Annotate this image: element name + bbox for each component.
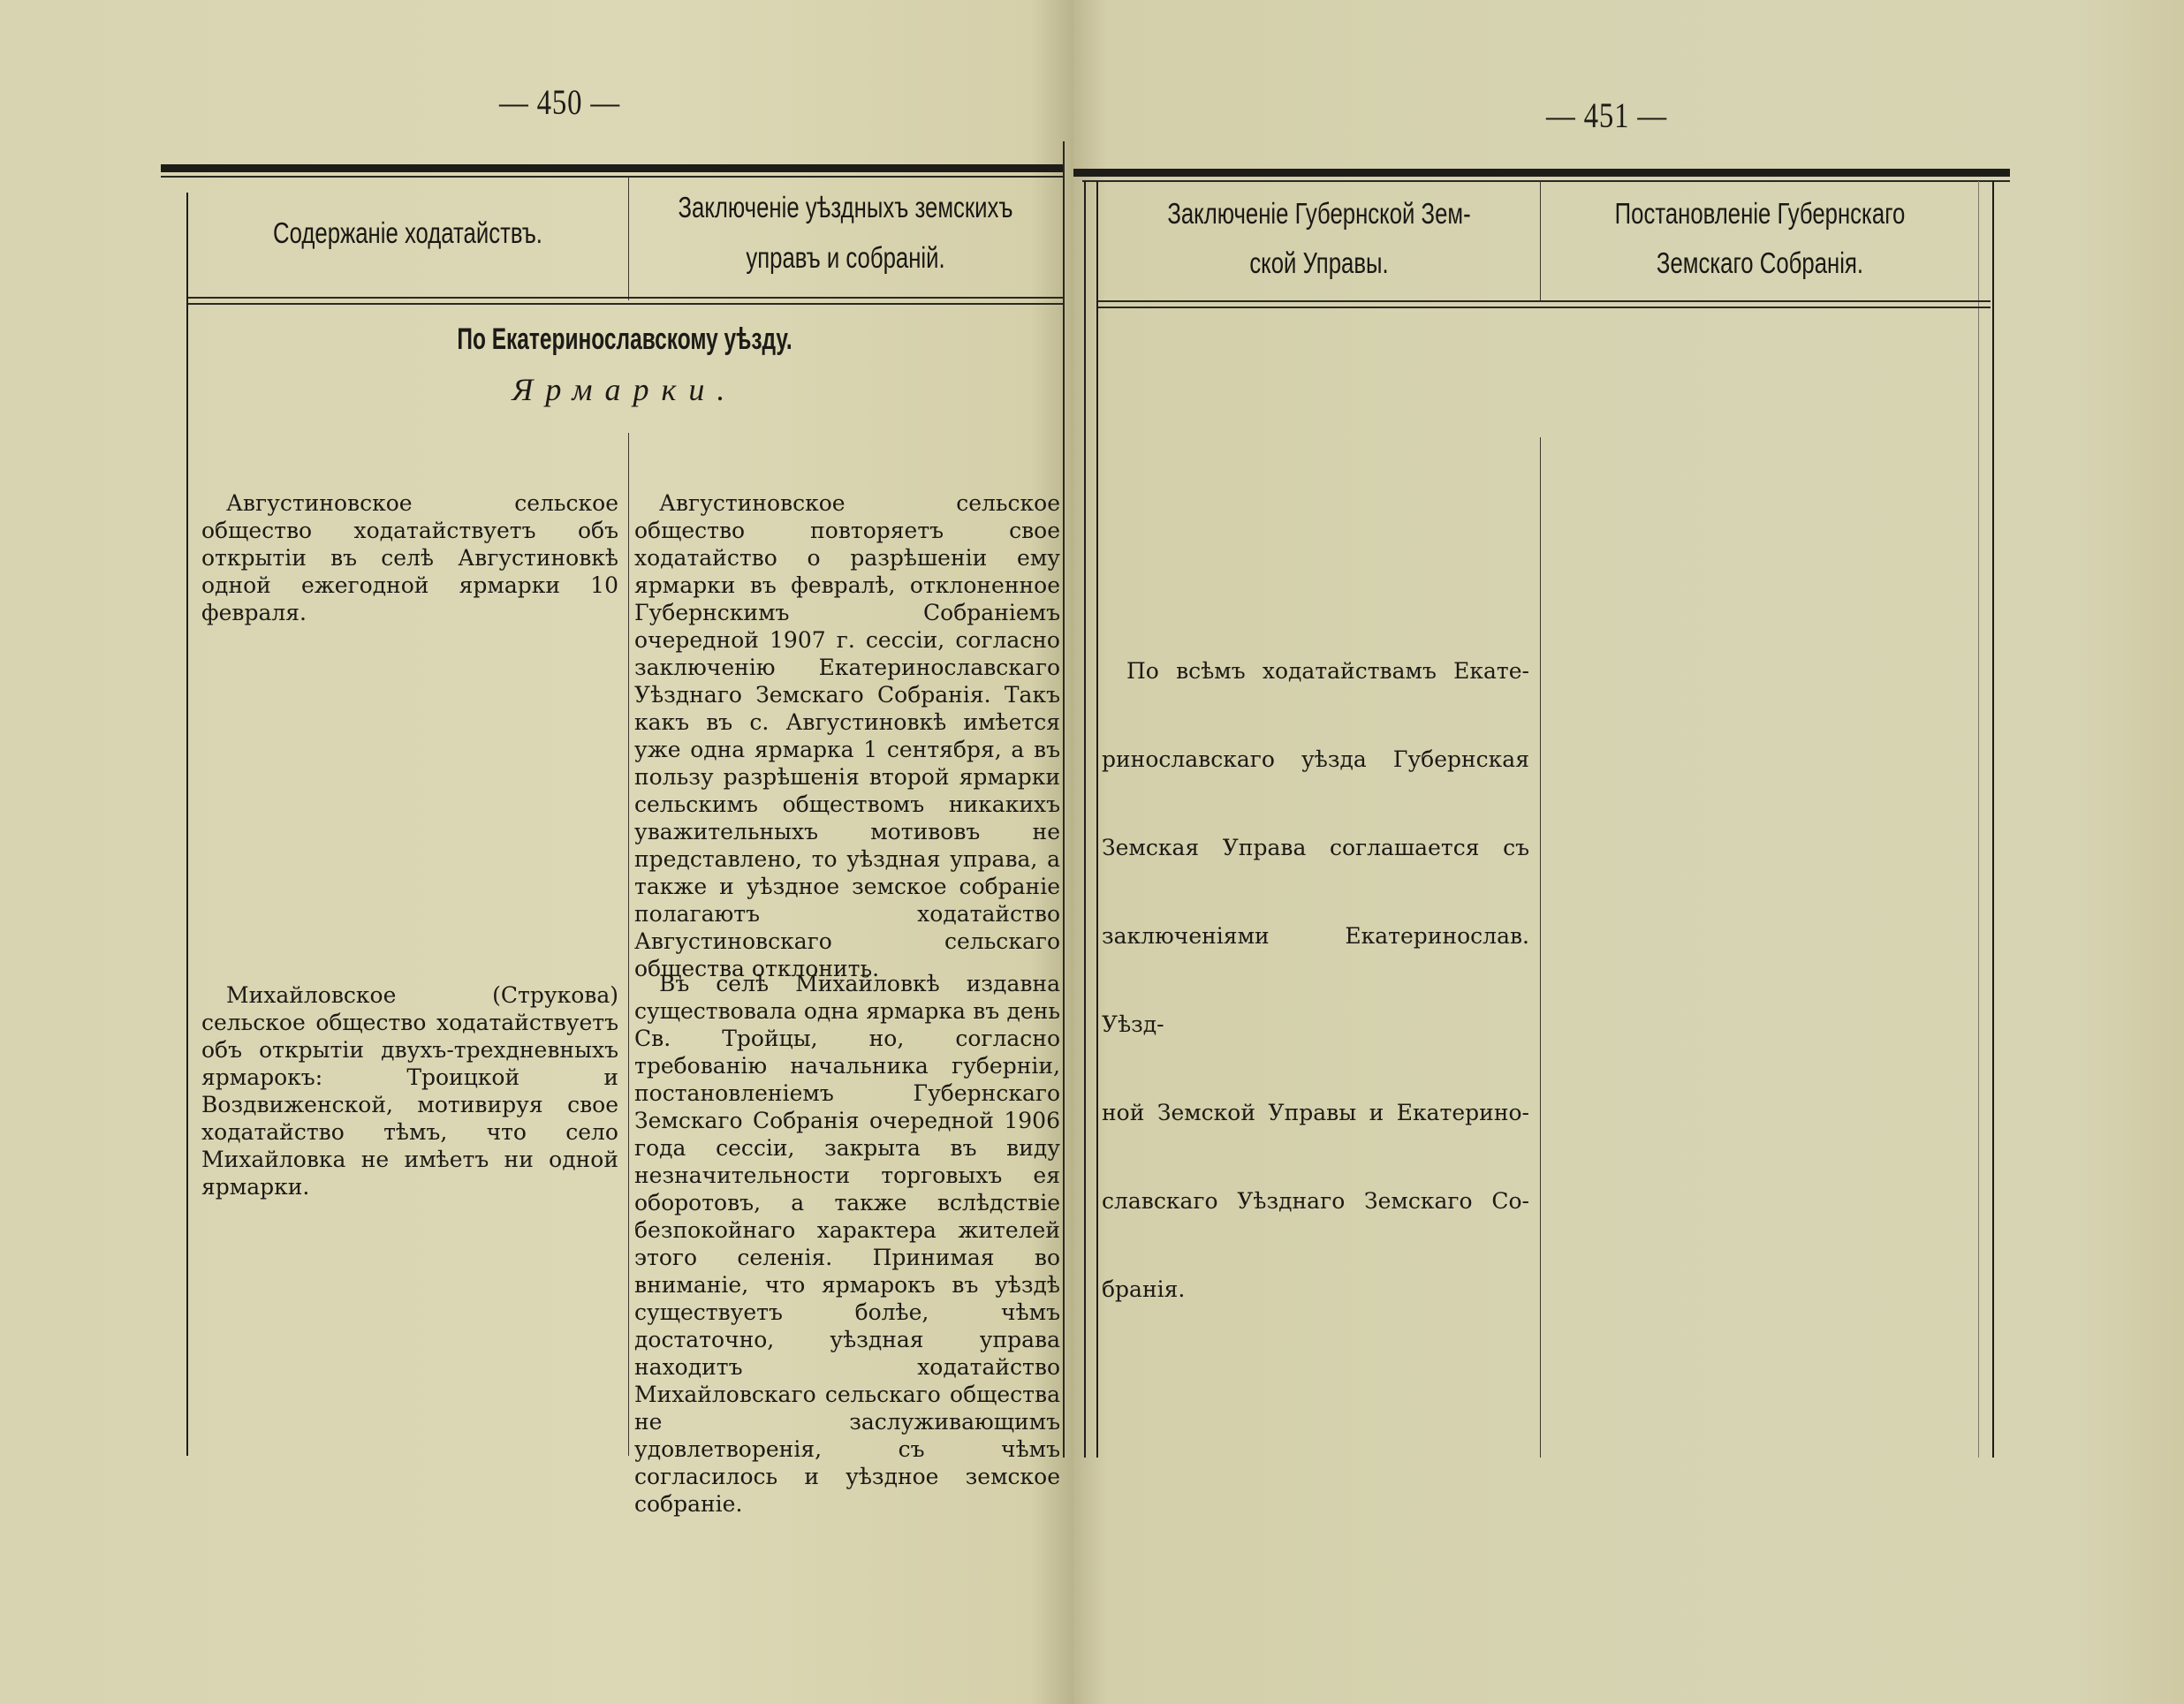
subsection-title: Ярмарки.: [187, 371, 1062, 408]
table-right-border-dotted: [1978, 181, 1979, 1458]
petition-text: Августиновское сельское общество ходатай…: [201, 489, 618, 626]
top-thick-rule: [1073, 169, 2010, 177]
header-column-divider: [628, 177, 629, 300]
column-header-district-conclusion-2: управъ и собраній.: [677, 231, 1014, 284]
conclusion-line: заключеніями Екатеринослав. Уѣзд-: [1102, 892, 1529, 1069]
section-title: По Екатеринославскому уѣзду.: [310, 322, 940, 357]
body-column-divider: [1540, 437, 1541, 1458]
header-bottom-rule-2: [188, 303, 1063, 305]
page-number: — 451 —: [1546, 95, 1667, 136]
conclusion-line: По всѣмъ ходатайствамъ Екате-: [1102, 627, 1529, 716]
header-bottom-rule: [188, 297, 1063, 299]
header-bottom-rule: [1098, 300, 1991, 302]
district-conclusion-text: Въ селѣ Михайловкѣ издавна существовала …: [634, 970, 1060, 1518]
table-outer-left-border: [1084, 181, 1086, 1458]
top-thin-rule: [1082, 180, 2010, 182]
table-right-border: [1992, 181, 1994, 1458]
district-conclusion-entry-1: Августиновское сельское общество повторя…: [634, 489, 1060, 982]
column-header-assembly-resolution-1: Постановленіе Губернскаго: [1589, 187, 1930, 240]
petition-entry-2: Михайловское (Струкова) сельское обществ…: [201, 981, 618, 1200]
table-left-border: [1096, 181, 1098, 1458]
left-page: — 450 — Содержаніе ходатайствъ. Заключен…: [0, 0, 1073, 1704]
body-column-divider: [628, 433, 629, 1456]
conclusion-line: ной Земской Управы и Екатерино-: [1102, 1069, 1529, 1157]
conclusion-line: Земская Управа соглашается съ: [1102, 804, 1529, 892]
column-header-provincial-conclusion-1: Заключеніе Губернской Зем-: [1147, 187, 1491, 240]
petition-text: Михайловское (Струкова) сельское обществ…: [201, 981, 618, 1200]
provincial-conclusion: По всѣмъ ходатайствамъ Екате- ринославск…: [1102, 627, 1529, 1334]
header-column-divider: [1540, 181, 1541, 300]
top-thin-rule: [161, 176, 1065, 178]
left-page-edge-line: [1063, 141, 1065, 1458]
top-thick-rule: [161, 164, 1065, 172]
page-number: — 450 —: [499, 81, 620, 123]
column-header-petitions: Содержаніе ходатайствъ.: [236, 207, 580, 260]
right-page: — 451 — Заключеніе Губернской Зем- ской …: [1073, 0, 2184, 1704]
column-header-assembly-resolution-2: Земскаго Собранія.: [1589, 237, 1930, 290]
column-header-provincial-conclusion-2: ской Управы.: [1147, 237, 1491, 290]
petition-entry-1: Августиновское сельское общество ходатай…: [201, 489, 618, 626]
district-conclusion-entry-2: Въ селѣ Михайловкѣ издавна существовала …: [634, 970, 1060, 1518]
district-conclusion-text: Августиновское сельское общество повторя…: [634, 489, 1060, 982]
header-bottom-rule-2: [1098, 307, 1991, 308]
conclusion-line: бранія.: [1102, 1246, 1529, 1334]
column-header-district-conclusion-1: Заключеніе уѣздныхъ земскихъ: [677, 181, 1014, 234]
conclusion-line: славскаго Уѣзднаго Земскаго Со-: [1102, 1157, 1529, 1246]
conclusion-line: ринославскаго уѣзда Губернская: [1102, 716, 1529, 804]
